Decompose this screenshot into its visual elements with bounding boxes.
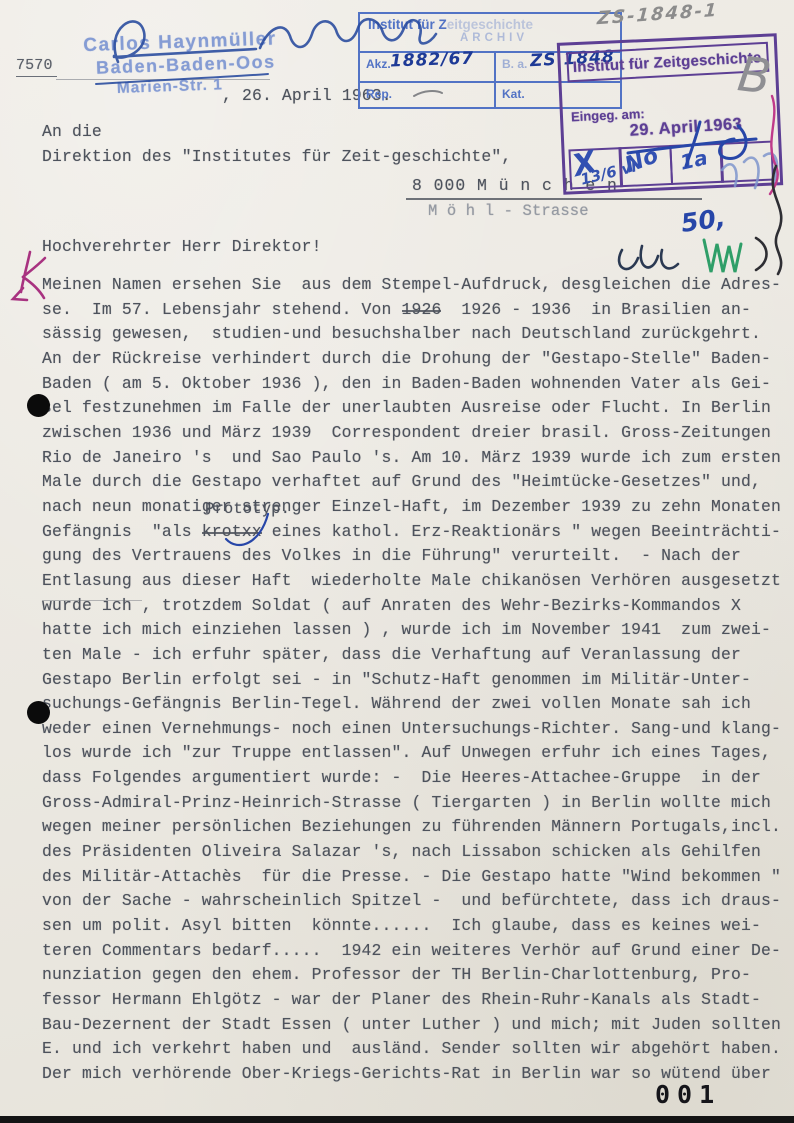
hole-punch: [27, 701, 50, 724]
akz-label: Akz.: [366, 57, 391, 71]
struck-year: 1926: [402, 300, 442, 319]
body-segment-2: 1926 - 1936 in Brasilien an- sässig gewe…: [42, 300, 781, 541]
typed-underline-small: [42, 600, 142, 601]
pencil-archive-number: ZS-1848-1: [596, 0, 719, 29]
salutation: Hochverehrter Herr Direktor!: [42, 237, 322, 256]
margin-k-stroke1: [21, 252, 30, 292]
pencil-initial: B: [735, 46, 775, 106]
sender-address-stamp: Carlos Haynmüller Baden-Baden-Oos Marien…: [69, 28, 279, 99]
typed-insertion-above-line: Prototyp.: [205, 500, 290, 518]
handwritten-mark: 1a: [678, 145, 710, 174]
archive-stamp-title-part2: eitgeschichte: [447, 17, 533, 32]
black-flourish-2: [756, 238, 767, 270]
folio-number-stamp: 001: [655, 1080, 721, 1109]
grid-cell: 1a: [669, 143, 724, 185]
akz-handwritten-value: 1882/67: [390, 49, 475, 72]
grid-cell: [719, 141, 774, 183]
rep-field: Rep.: [360, 83, 496, 107]
received-date: 29. April 1963: [629, 115, 743, 141]
margin-k-arrow: [13, 288, 27, 300]
hole-punch: [27, 394, 50, 417]
darkblue-scribble: [619, 246, 678, 269]
margin-k-stroke3: [23, 277, 44, 298]
letter-body: Meinen Namen ersehen Sie aus dem Stempel…: [42, 273, 781, 1087]
archive-stamp-title-part1: Institut für Z: [368, 17, 447, 32]
body-segment-3: eines kathol. Erz-Reaktionärs " wegen Be…: [42, 522, 781, 1083]
akz-field: Akz.1882/67: [360, 53, 496, 81]
city-underline: [406, 198, 702, 200]
scanned-letter-page: , 26. April 1963. 7570 Carlos Haynmüller…: [0, 0, 794, 1123]
scan-edge: [0, 1116, 794, 1123]
zs-field-label: B. a.: [502, 57, 527, 71]
address-street: M ö h l - Strasse: [428, 202, 589, 220]
struck-word: krotxx: [202, 522, 262, 541]
postal-code-number: 7570: [16, 57, 57, 77]
address-line-1: An die: [42, 122, 102, 141]
address-line-2: Direktion des "Institutes für Zeit-gesch…: [42, 147, 511, 166]
green-scribble: [704, 240, 741, 272]
blue-pen-number-note: 50,: [679, 203, 727, 238]
